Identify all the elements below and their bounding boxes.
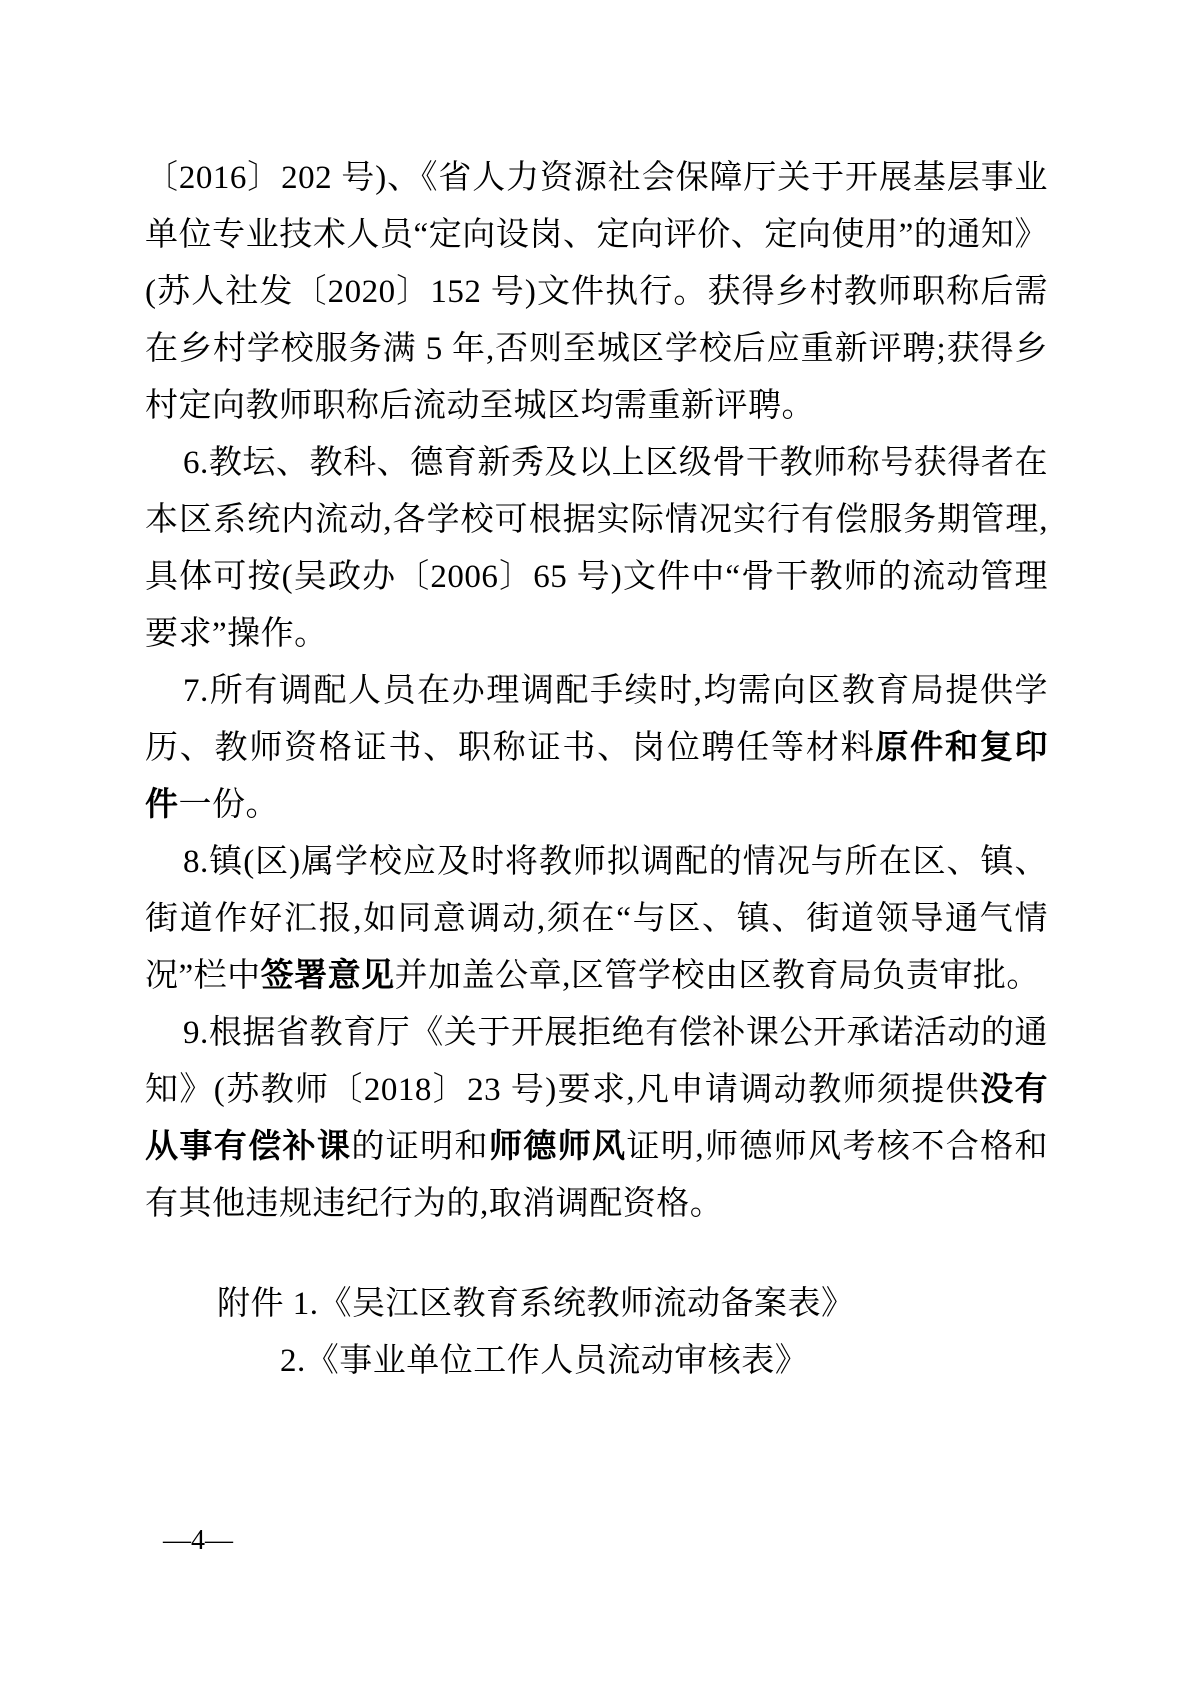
paragraph: 7.所有调配人员在办理调配手续时,均需向区教育局提供学历、教师资格证书、职称证书… bbox=[145, 663, 1048, 834]
text-run: 的证明和 bbox=[351, 1129, 489, 1165]
text-run: 并加盖公章,区管学校由区教育局负责审批。 bbox=[395, 958, 1040, 994]
paragraph: 〔2016〕202 号)、《省人力资源社会保障厅关于开展基层事业单位专业技术人员… bbox=[145, 150, 1048, 435]
document-page: 〔2016〕202 号)、《省人力资源社会保障厅关于开展基层事业单位专业技术人员… bbox=[0, 0, 1191, 1684]
attachment-item-2: 2.《事业单位工作人员流动审核表》 bbox=[145, 1333, 1048, 1390]
paragraph: 6.教坛、教科、德育新秀及以上区级骨干教师称号获得者在本区系统内流动,各学校可根… bbox=[145, 435, 1048, 663]
bold-emphasis: 签署意见 bbox=[261, 958, 395, 994]
paragraph: 8.镇(区)属学校应及时将教师拟调配的情况与所在区、镇、街道作好汇报,如同意调动… bbox=[145, 834, 1048, 1005]
text-run: 9.根据省教育厅《关于开展拒绝有偿补课公开承诺活动的通知》(苏教师〔2018〕2… bbox=[145, 1015, 1048, 1108]
attachment-item-1: 附件 1.《吴江区教育系统教师流动备案表》 bbox=[145, 1276, 1048, 1333]
page-number: —4— bbox=[163, 1524, 233, 1558]
attachments-block: 附件 1.《吴江区教育系统教师流动备案表》 2.《事业单位工作人员流动审核表》 bbox=[145, 1276, 1048, 1390]
text-run: 一份。 bbox=[179, 787, 280, 823]
bold-emphasis: 师德师风 bbox=[489, 1129, 627, 1165]
text-run: 〔2016〕202 号)、《省人力资源社会保障厅关于开展基层事业单位专业技术人员… bbox=[145, 160, 1048, 424]
text-run: 6.教坛、教科、德育新秀及以上区级骨干教师称号获得者在本区系统内流动,各学校可根… bbox=[145, 445, 1048, 652]
document-body: 〔2016〕202 号)、《省人力资源社会保障厅关于开展基层事业单位专业技术人员… bbox=[145, 150, 1048, 1233]
paragraph: 9.根据省教育厅《关于开展拒绝有偿补课公开承诺活动的通知》(苏教师〔2018〕2… bbox=[145, 1005, 1048, 1233]
